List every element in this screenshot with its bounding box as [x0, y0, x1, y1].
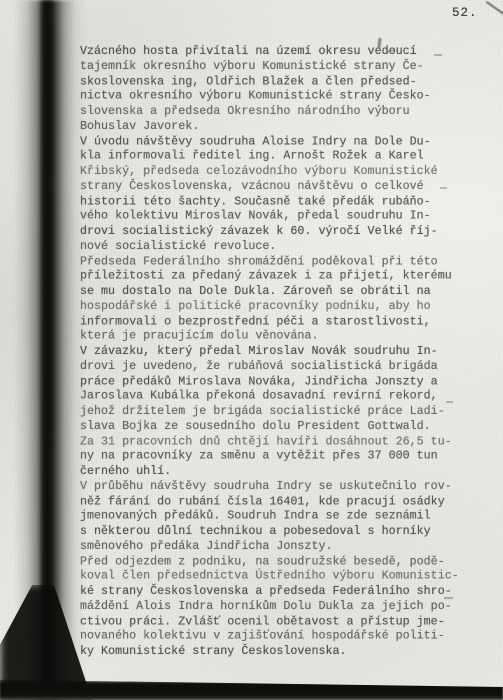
- ink-smudge: [446, 401, 453, 403]
- text-line: Bohuslav Javorek.: [80, 119, 475, 134]
- text-line: Křibský, předseda celozávodního výboru K…: [80, 164, 475, 179]
- text-line: tajemník okresního výboru Komunistické s…: [80, 59, 475, 74]
- text-line: máždění Alois Indra horníkům Dolu Dukla …: [80, 599, 475, 614]
- page-number: 52.: [452, 6, 478, 20]
- text-line: jehož držitelem je brigáda socialistické…: [80, 404, 475, 419]
- text-line: slava Bojka ze sousedního dolu President…: [80, 419, 475, 434]
- text-line: ké strany Československa a předseda Fede…: [80, 584, 475, 599]
- text-line: hospodářské i politické pracovníky podni…: [80, 299, 475, 314]
- typewritten-text: Vzácného hosta přivítali na území okresu…: [80, 44, 475, 659]
- text-line: vého kolektivu Miroslav Novák, předal so…: [80, 209, 475, 224]
- text-line: historii této šachty. Současně také před…: [80, 194, 475, 209]
- text-line: příležitosti za předaný závazek i za při…: [80, 269, 475, 284]
- ink-smudge: [434, 54, 442, 56]
- text-line: černého uhlí.: [80, 464, 475, 479]
- text-line: práce předáků Miroslava Nováka, Jindřich…: [80, 374, 475, 389]
- ink-smudge: [440, 187, 447, 189]
- text-line: Vzácného hosta přivítali na území okresu…: [80, 44, 475, 59]
- text-line: ny na pracovníky za směnu a vytěžit přes…: [80, 449, 475, 464]
- text-line: něž fárání do rubání čísla 16401, kde pr…: [80, 494, 475, 509]
- text-line: Jaroslava Kubálka překoná dosavadní reví…: [80, 389, 475, 404]
- text-line: V úvodu návštěvy soudruha Aloise Indry n…: [80, 134, 475, 149]
- text-line: slovenska a předseda Okresního národního…: [80, 104, 475, 119]
- text-line: drovi je uvedeno, že rubáňová socialisti…: [80, 359, 475, 374]
- text-line: informovali o bezprostřední péči a staro…: [80, 314, 475, 329]
- corner-scratch-mark: [486, 1, 503, 15]
- text-line: směnového předáka Jindřicha Jonszty.: [80, 539, 475, 554]
- text-line: drovi socialistický závazek k 60. výročí…: [80, 224, 475, 239]
- text-line: Za 31 pracovních dnů chtějí havíři dosáh…: [80, 434, 475, 449]
- text-line: ctivou práci. Zvlášť ocenil obětavost a …: [80, 614, 475, 629]
- text-line: Před odjezdem z podniku, na soudružské b…: [80, 554, 475, 569]
- text-line: strany Československa, vzácnou návštěvu …: [80, 179, 475, 194]
- text-line: nové socialistické revoluce.: [80, 239, 475, 254]
- text-line: V závazku, který předal Miroslav Novák s…: [80, 344, 475, 359]
- text-line: se mu dostalo na Dole Dukla. Zároveň se …: [80, 284, 475, 299]
- text-line: která je pracujícím dolu věnována.: [80, 329, 475, 344]
- text-line: Předseda Federálního shromáždění poděkov…: [80, 254, 475, 269]
- text-line: nictva okresního výboru Komunistické str…: [80, 89, 475, 104]
- text-line: kla informovali ředitel ing. Arnošt Rože…: [80, 149, 475, 164]
- text-line: novaného kolektivu v zajišťování hospodá…: [80, 629, 475, 644]
- text-line: skoslovenska ing, Oldřich Blažek a člen …: [80, 74, 475, 89]
- text-line: jmenovaných předáků. Soudruh Indra se zd…: [80, 509, 475, 524]
- text-line: ky Komunistické strany Československa.: [80, 644, 475, 659]
- text-line: s některou důlní technikou a pobesedoval…: [80, 524, 475, 539]
- text-line: V průběhu návštěvy soudruha Indry se usk…: [80, 479, 475, 494]
- ink-smudge: [444, 597, 453, 599]
- text-line: koval člen předsednictva Ústředního výbo…: [80, 569, 475, 584]
- scanned-document-page: 52. Vzácného hosta přivítali na území ok…: [0, 0, 503, 700]
